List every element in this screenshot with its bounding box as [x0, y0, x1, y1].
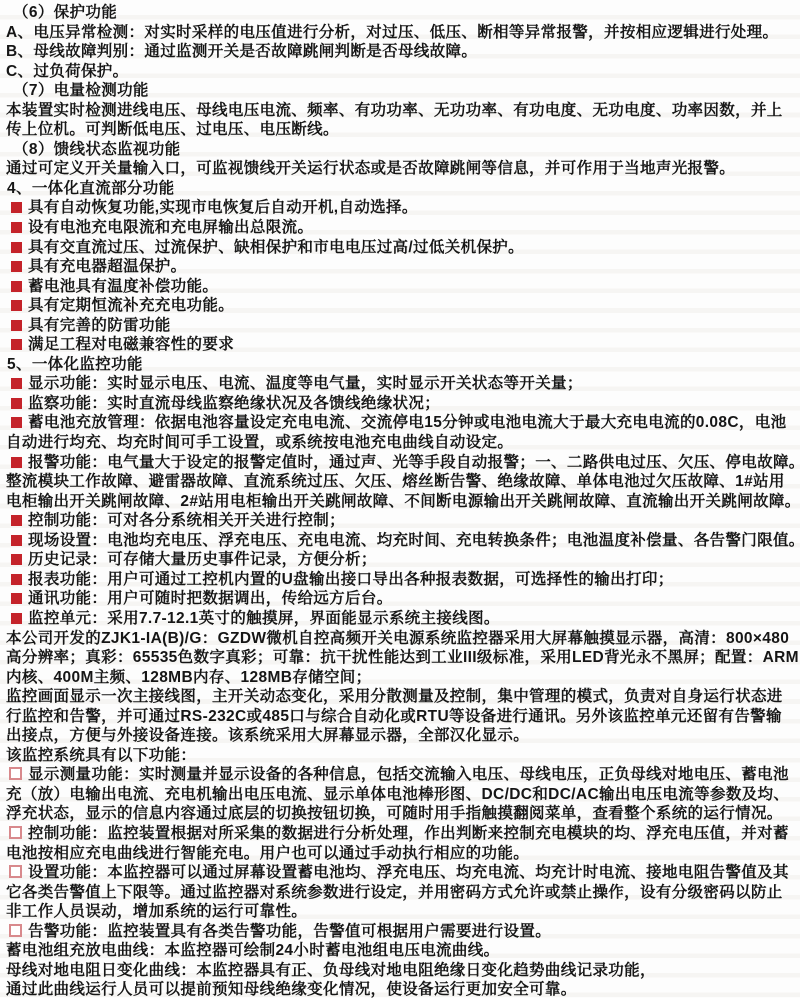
- bullet-line: 具有充电器超温保护。: [2, 257, 798, 277]
- paragraph-line: 电柜输出开关跳闸故障、2#站用电柜输出开关跳闸故障、不间断电源输出开关跳闸故障、…: [2, 492, 798, 512]
- line-text: 具有完善的防雷功能: [28, 317, 171, 334]
- paragraph-line: 母线对地电阻日变化曲线：本监控器具有正、负母线对地电阻绝缘日变化趋势曲线记录功能…: [2, 961, 798, 981]
- line-text: 显示测量功能：实时测量并显示设备的各种信息，包括交流输入电压、母线电压，正负母线…: [28, 766, 789, 783]
- line-text: 电柜输出开关跳闸故障、2#站用电柜输出开关跳闸故障、不间断电源输出开关跳闸故障、…: [6, 493, 798, 510]
- line-text: 具有交直流过压、过流保护、缺相保护和市电电压过高/过低关机保护。: [28, 239, 524, 256]
- bullet-line: 设有电池充电限流和充电屏输出总限流。: [2, 218, 798, 238]
- line-text: 监控单元：采用7.7-12.1英寸的触摸屏，界面能显示系统主接线图。: [28, 610, 500, 627]
- bullet-line: 监察功能：实时直流母线监察绝缘状况及各馈线绝缘状况；: [2, 394, 798, 414]
- line-text: 传上位机。可判断低电压、过电压、电压断线。: [6, 121, 339, 138]
- line-text: 设有电池充电限流和充电屏输出总限流。: [28, 219, 313, 236]
- red-square-bullet-icon: [11, 398, 22, 409]
- line-text: 出接点，方便与外接设备连接。该系统采用大屏幕显示器，全部汉化显示。: [6, 727, 529, 744]
- line-text: 充（放）电输出电流、充电机输出电压电流、显示单体电池棒形图、DC/DC和DC/A…: [6, 786, 789, 803]
- line-text: 监控画面显示一次主接线图，主开关动态变化，采用分散测量及控制，集中管理的模式，负…: [6, 688, 783, 705]
- line-text: 蓄电池充放管理：依据电池容量设定充电电流、交流停电15分钟或电池电流大于最大充电…: [28, 414, 786, 431]
- bullet-line: 报表功能：用户可通过工控机内置的U盘输出接口导出各种报表数据，可选择性的输出打印…: [2, 570, 798, 590]
- red-square-bullet-icon: [11, 339, 22, 350]
- bullet-line: 监控单元：采用7.7-12.1英寸的触摸屏，界面能显示系统主接线图。: [2, 609, 798, 629]
- paragraph-line: 内核、400M主频、128MB内存、128MB存储空间；: [2, 668, 798, 688]
- line-text: 4、一体化直流部分功能: [7, 180, 174, 197]
- paragraph-line: 通过此曲线运行人员可以提前预知母线绝缘变化情况，使设备运行更加安全可靠。: [2, 980, 798, 998]
- bullet-line: 设置功能：本监控器可以通过屏幕设置蓄电池均、浮充电压、均充电流、均充计时电流、接…: [2, 863, 798, 883]
- paragraph-line: A、电压异常检测：对实时采样的电压值进行分析，对过压、低压、断相等异常报警，并按…: [2, 23, 798, 43]
- red-square-bullet-icon: [11, 261, 22, 272]
- paragraph-line: 本公司开发的ZJK1-IA(B)/G：GZDW微机自控高频开关电源系统监控器采用…: [2, 629, 798, 649]
- bullet-line: 满足工程对电磁兼容性的要求: [2, 335, 798, 355]
- red-square-bullet-icon: [11, 202, 22, 213]
- line-text: 告警功能：监控装置具有各类告警功能，告警值可根据用户需要进行设置。: [28, 923, 551, 940]
- red-square-bullet-icon: [11, 281, 22, 292]
- line-text: （7）电量检测功能: [13, 82, 149, 99]
- line-text: 它各类告警值上下限等。通过监控器对系统参数进行设定，并用密码方式允许或禁止操作，…: [6, 884, 783, 901]
- line-text: 该监控系统具有以下功能：: [6, 747, 196, 764]
- paragraph-line: 监控画面显示一次主接线图，主开关动态变化，采用分散测量及控制，集中管理的模式，负…: [2, 687, 798, 707]
- bullet-line: 显示功能：实时显示电压、电流、温度等电气量，实时显示开关状态等开关量；: [2, 374, 798, 394]
- line-text: 通讯功能：用户可随时把数据调出，传给远方后台。: [28, 590, 393, 607]
- line-text: 具有充电器超温保护。: [28, 258, 187, 275]
- paragraph-line: 本装置实时检测进线电压、母线电压电流、频率、有功功率、无功功率、有功电度、无功电…: [2, 101, 798, 121]
- line-text: 历史记录：可存储大量历史事件记录，方便分析；: [28, 551, 377, 568]
- line-text: （8）馈线状态监视功能: [13, 141, 180, 158]
- line-text: 具有定期恒流补充充电功能。: [28, 297, 234, 314]
- paragraph-line: 电池按相应充电曲线进行智能充电。用户也可以通过手动执行相应的功能。: [2, 844, 798, 864]
- red-outline-square-bullet-icon: [9, 767, 22, 780]
- line-text: 本公司开发的ZJK1-IA(B)/G：GZDW微机自控高频开关电源系统监控器采用…: [6, 630, 789, 647]
- red-square-bullet-icon: [11, 515, 22, 526]
- bullet-line: 蓄电池充放管理：依据电池容量设定充电电流、交流停电15分钟或电池电流大于最大充电…: [2, 413, 798, 433]
- paragraph-line: B、母线故障判别：通过监测开关是否故障跳闸判断是否母线故障。: [2, 42, 798, 62]
- line-text: 显示功能：实时显示电压、电流、温度等电气量，实时显示开关状态等开关量；: [28, 375, 583, 392]
- line-text: 蓄电池具有温度补偿功能。: [28, 278, 218, 295]
- paragraph-line: 它各类告警值上下限等。通过监控器对系统参数进行设定，并用密码方式允许或禁止操作，…: [2, 883, 798, 903]
- line-text: 控制功能：监控装置根据对所采集的数据进行分析处理，作出判断来控制充电模块的均、浮…: [28, 825, 789, 842]
- line-text: 具有自动恢复功能,实现市电恢复后自动开机,自动选择。: [28, 199, 418, 216]
- bullet-line: 具有交直流过压、过流保护、缺相保护和市电电压过高/过低关机保护。: [2, 238, 798, 258]
- line-text: 通过此曲线运行人员可以提前预知母线绝缘变化情况，使设备运行更加安全可靠。: [6, 981, 577, 998]
- red-square-bullet-icon: [11, 320, 22, 331]
- line-text: 内核、400M主频、128MB内存、128MB存储空间；: [6, 669, 372, 686]
- line-text: B、母线故障判别：通过监测开关是否故障跳闸判断是否母线故障。: [6, 43, 477, 60]
- paragraph-line: 传上位机。可判断低电压、过电压、电压断线。: [2, 120, 798, 140]
- red-square-bullet-icon: [11, 574, 22, 585]
- bullet-line: 历史记录：可存储大量历史事件记录，方便分析；: [2, 550, 798, 570]
- red-outline-square-bullet-icon: [9, 826, 22, 839]
- section-heading: （8）馈线状态监视功能: [2, 140, 798, 160]
- line-text: 电池按相应充电曲线进行智能充电。用户也可以通过手动执行相应的功能。: [6, 845, 529, 862]
- bullet-line: 具有自动恢复功能,实现市电恢复后自动开机,自动选择。: [2, 198, 798, 218]
- line-text: 报警功能：电气量大于设定的报警定值时，通过声、光等手段自动报警；一、二路供电过压…: [28, 454, 798, 471]
- red-square-bullet-icon: [11, 242, 22, 253]
- bullet-line: 显示测量功能：实时测量并显示设备的各种信息，包括交流输入电压、母线电压，正负母线…: [2, 765, 798, 785]
- line-text: 非工作人员误动，增加系统的运行可靠性。: [6, 903, 307, 920]
- bold-intro-line: 该监控系统具有以下功能：: [2, 746, 798, 766]
- bullet-line: 具有定期恒流补充充电功能。: [2, 296, 798, 316]
- section-number-heading: 4、一体化直流部分功能: [2, 179, 798, 199]
- paragraph-line: 蓄电池组充放电曲线：本监控器可绘制24小时蓄电池组电压电流曲线。: [2, 941, 798, 961]
- section-heading: （6）保护功能: [2, 3, 798, 23]
- paragraph-line: 整流模块工作故障、避雷器故障、直流系统过压、欠压、熔丝断告警、绝缘故障、单体电池…: [2, 472, 798, 492]
- line-text: C、过负荷保护。: [6, 63, 129, 80]
- bullet-line: 报警功能：电气量大于设定的报警定值时，通过声、光等手段自动报警；一、二路供电过压…: [2, 453, 798, 473]
- paragraph-line: 非工作人员误动，增加系统的运行可靠性。: [2, 902, 798, 922]
- line-text: 高分辨率；真彩：65535色数字真彩；可靠：抗干扰性能达到工业III级标准，采用…: [6, 649, 798, 666]
- red-square-bullet-icon: [11, 457, 22, 468]
- line-text: 通过可定义开关量输入口，可监视馈线开关运行状态或是否故障跳闸等信息，并可作用于当…: [6, 160, 735, 177]
- document-body: （6）保护功能A、电压异常检测：对实时采样的电压值进行分析，对过压、低压、断相等…: [0, 0, 800, 998]
- paragraph-line: 通过可定义开关量输入口，可监视馈线开关运行状态或是否故障跳闸等信息，并可作用于当…: [2, 159, 798, 179]
- line-text: 现场设置：电池均充电压、浮充电压、充电电流、均充时间、充电转换条件；电池温度补偿…: [28, 532, 798, 549]
- red-square-bullet-icon: [11, 300, 22, 311]
- paragraph-line: 出接点，方便与外接设备连接。该系统采用大屏幕显示器，全部汉化显示。: [2, 726, 798, 746]
- line-text: 设置功能：本监控器可以通过屏幕设置蓄电池均、浮充电压、均充电流、均充计时电流、接…: [28, 864, 789, 881]
- red-square-bullet-icon: [11, 554, 22, 565]
- red-square-bullet-icon: [11, 417, 22, 428]
- section-heading: （7）电量检测功能: [2, 81, 798, 101]
- line-text: 本装置实时检测进线电压、母线电压电流、频率、有功功率、无功功率、有功电度、无功电…: [6, 102, 783, 119]
- red-square-bullet-icon: [11, 593, 22, 604]
- line-text: 控制功能：可对各分系统相关开关进行控制；: [28, 512, 345, 529]
- bullet-line: 控制功能：可对各分系统相关开关进行控制；: [2, 511, 798, 531]
- bullet-line: 具有完善的防雷功能: [2, 316, 798, 336]
- bullet-line: 通讯功能：用户可随时把数据调出，传给远方后台。: [2, 589, 798, 609]
- section-number-heading: 5、一体化监控功能: [2, 355, 798, 375]
- red-square-bullet-icon: [11, 378, 22, 389]
- paragraph-line: 行监控和告警，并可通过RS-232C或485口与综合自动化或RTU等设备进行通讯…: [2, 707, 798, 727]
- red-square-bullet-icon: [11, 222, 22, 233]
- paragraph-line: C、过负荷保护。: [2, 62, 798, 82]
- paragraph-line: 充（放）电输出电流、充电机输出电压电流、显示单体电池棒形图、DC/DC和DC/A…: [2, 785, 798, 805]
- line-text: 蓄电池组充放电曲线：本监控器可绘制24小时蓄电池组电压电流曲线。: [6, 942, 499, 959]
- line-text: 母线对地电阻日变化曲线：本监控器具有正、负母线对地电阻绝缘日变化趋势曲线记录功能…: [6, 962, 656, 979]
- line-text: 整流模块工作故障、避雷器故障、直流系统过压、欠压、熔丝断告警、绝缘故障、单体电池…: [6, 473, 785, 490]
- line-text: 浮充状态，显示的信息内容通过底层的切换按钮切换，可随时用手指触摸翻阅菜单，查看整…: [6, 805, 783, 822]
- red-outline-square-bullet-icon: [9, 865, 22, 878]
- red-square-bullet-icon: [11, 535, 22, 546]
- line-text: 监察功能：实时直流母线监察绝缘状况及各馈线绝缘状况；: [28, 395, 440, 412]
- document-page: （6）保护功能A、电压异常检测：对实时采样的电压值进行分析，对过压、低压、断相等…: [0, 0, 800, 998]
- bullet-line: 蓄电池具有温度补偿功能。: [2, 277, 798, 297]
- bullet-line: 现场设置：电池均充电压、浮充电压、充电电流、均充时间、充电转换条件；电池温度补偿…: [2, 531, 798, 551]
- line-text: 行监控和告警，并可通过RS-232C或485口与综合自动化或RTU等设备进行通讯…: [6, 708, 782, 725]
- paragraph-line: 高分辨率；真彩：65535色数字真彩；可靠：抗干扰性能达到工业III级标准，采用…: [2, 648, 798, 668]
- line-text: 5、一体化监控功能: [7, 356, 143, 373]
- bullet-line: 告警功能：监控装置具有各类告警功能，告警值可根据用户需要进行设置。: [2, 922, 798, 942]
- line-text: 自动进行均充、均充时间可手工设置，或系统按电池充电曲线自动设定。: [6, 434, 513, 451]
- red-outline-square-bullet-icon: [9, 924, 22, 937]
- line-text: 报表功能：用户可通过工控机内置的U盘输出接口导出各种报表数据，可选择性的输出打印…: [28, 571, 674, 588]
- red-square-bullet-icon: [11, 613, 22, 624]
- paragraph-line: 浮充状态，显示的信息内容通过底层的切换按钮切换，可随时用手指触摸翻阅菜单，查看整…: [2, 804, 798, 824]
- line-text: A、电压异常检测：对实时采样的电压值进行分析，对过压、低压、断相等异常报警，并按…: [6, 24, 778, 41]
- line-text: 满足工程对电磁兼容性的要求: [28, 336, 234, 353]
- line-text: （6）保护功能: [13, 4, 117, 21]
- paragraph-line: 自动进行均充、均充时间可手工设置，或系统按电池充电曲线自动设定。: [2, 433, 798, 453]
- bullet-line: 控制功能：监控装置根据对所采集的数据进行分析处理，作出判断来控制充电模块的均、浮…: [2, 824, 798, 844]
